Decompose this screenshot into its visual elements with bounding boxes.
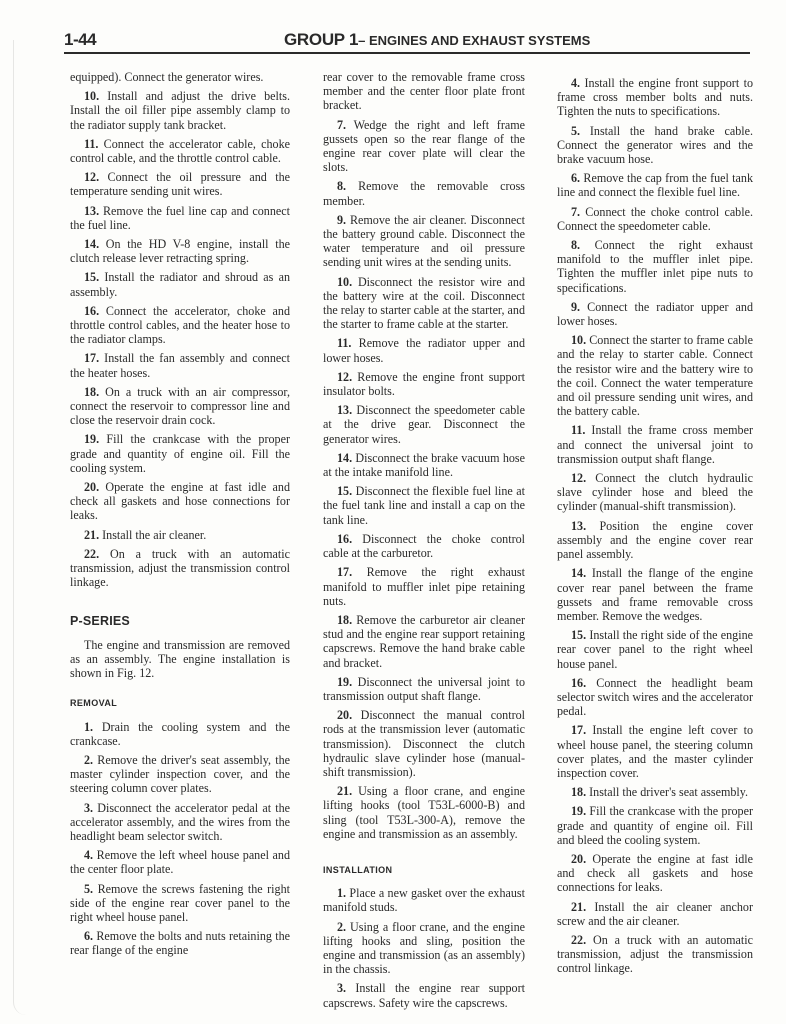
section-heading-p-series: P-SERIES (70, 614, 290, 628)
step-number: 11. (337, 336, 351, 350)
step-number: 1. (84, 720, 93, 734)
step-number: 5. (571, 124, 580, 138)
step-number: 6. (571, 171, 580, 185)
step-number: 8. (571, 238, 580, 252)
step-text: Install the engine left cover to wheel h… (557, 723, 753, 780)
step-number: 19. (84, 432, 99, 446)
step-number: 19. (571, 804, 586, 818)
step-text: Connect the headlight beam selector swit… (557, 676, 753, 718)
step-number: 21. (571, 900, 586, 914)
step-number: 3. (337, 981, 346, 995)
step-text: Remove the bolts and nuts retaining the … (70, 929, 290, 957)
step-text: Install the right side of the engine rea… (557, 628, 753, 670)
step-paragraph: 16. Disconnect the choke control cable a… (323, 532, 525, 560)
step-number: 12. (571, 471, 586, 485)
step-text: Using a floor crane, and the engine lift… (323, 920, 525, 977)
step-paragraph: 8. Remove the removable cross member. (323, 179, 525, 207)
step-number: 1. (337, 886, 346, 900)
step-text: Install the driver's seat assembly. (586, 785, 748, 799)
installation-steps-list: 10. Install and adjust the drive belts. … (70, 89, 290, 589)
step-paragraph: 3. Install the engine rear support capsc… (323, 981, 525, 1009)
group-subtitle: – ENGINES AND EXHAUST SYSTEMS (358, 33, 590, 48)
step-paragraph: 14. On the HD V-8 engine, install the cl… (70, 237, 290, 265)
step-number: 18. (571, 785, 586, 799)
step-text: Connect the choke control cable. Connect… (557, 205, 753, 233)
step-paragraph: 3. Disconnect the accelerator pedal at t… (70, 801, 290, 844)
step-paragraph: 5. Install the hand brake cable. Connect… (557, 124, 753, 167)
step-paragraph: 1. Drain the cooling system and the cran… (70, 720, 290, 748)
step-paragraph: 1. Place a new gasket over the exhaust m… (323, 886, 525, 914)
step-text: Install the air cleaner anchor screw and… (557, 900, 753, 928)
continued-paragraph: equipped). Connect the generator wires. (70, 70, 290, 84)
step-paragraph: 21. Using a floor crane, and engine lift… (323, 784, 525, 841)
step-paragraph: 6. Remove the bolts and nuts retaining t… (70, 929, 290, 957)
column-1: equipped). Connect the generator wires. … (70, 70, 290, 963)
step-paragraph: 13. Disconnect the speedometer cable at … (323, 403, 525, 446)
step-number: 2. (84, 753, 93, 767)
step-text: Install the engine rear support capscrew… (323, 981, 525, 1009)
step-number: 16. (571, 676, 586, 690)
step-paragraph: 11. Install the frame cross member and c… (557, 423, 753, 466)
step-text: Remove the radiator upper and lower hose… (323, 336, 525, 364)
step-number: 14. (84, 237, 99, 251)
step-text: Place a new gasket over the exhaust mani… (323, 886, 525, 914)
step-number: 8. (337, 179, 346, 193)
step-paragraph: 20. Disconnect the manual control rods a… (323, 708, 525, 779)
step-text: Disconnect the choke control cable at th… (323, 532, 525, 560)
step-paragraph: 18. Install the driver's seat assembly. (557, 785, 753, 799)
step-text: On a truck with an air compressor, conne… (70, 385, 290, 427)
step-number: 16. (84, 304, 99, 318)
step-paragraph: 5. Remove the screws fastening the right… (70, 882, 290, 925)
step-text: On the HD V-8 engine, install the clutch… (70, 237, 290, 265)
step-number: 11. (571, 423, 585, 437)
step-text: Remove the carburetor air cleaner stud a… (323, 613, 525, 670)
group-label: GROUP 1 (284, 30, 358, 49)
step-text: Fill the crankcase with the proper grade… (70, 432, 290, 474)
step-paragraph: 15. Install the radiator and shroud as a… (70, 270, 290, 298)
step-number: 22. (571, 933, 586, 947)
step-paragraph: 10. Install and adjust the drive belts. … (70, 89, 290, 132)
step-number: 13. (571, 519, 586, 533)
step-paragraph: 19. Disconnect the universal joint to tr… (323, 675, 525, 703)
step-text: Connect the radiator upper and lower hos… (557, 300, 753, 328)
page-number: 1-44 (64, 30, 96, 50)
step-number: 10. (337, 275, 352, 289)
step-text: Remove the air cleaner. Disconnect the b… (323, 213, 525, 270)
step-text: Connect the right exhaust manifold to th… (557, 238, 753, 295)
step-text: Disconnect the universal joint to transm… (323, 675, 525, 703)
column-3: 4. Install the engine front support to f… (557, 76, 753, 981)
step-number: 15. (84, 270, 99, 284)
step-paragraph: 19. Fill the crankcase with the proper g… (557, 804, 753, 847)
step-paragraph: 16. Connect the accelerator, choke and t… (70, 304, 290, 347)
step-text: Remove the removable cross member. (323, 179, 525, 207)
step-paragraph: 7. Connect the choke control cable. Conn… (557, 205, 753, 233)
step-number: 15. (337, 484, 352, 498)
step-text: Position the engine cover assembly and t… (557, 519, 753, 561)
step-number: 10. (84, 89, 99, 103)
step-paragraph: 4. Install the engine front support to f… (557, 76, 753, 119)
step-paragraph: 20. Operate the engine at fast idle and … (557, 852, 753, 895)
step-number: 15. (571, 628, 586, 642)
step-number: 18. (337, 613, 352, 627)
step-text: Operate the engine at fast idle and chec… (70, 480, 290, 522)
step-number: 10. (571, 333, 586, 347)
installation-steps-list: 1. Place a new gasket over the exhaust m… (323, 886, 525, 1010)
column-2: rear cover to the removable frame cross … (323, 70, 525, 1015)
step-paragraph: 9. Connect the radiator upper and lower … (557, 300, 753, 328)
step-text: Fill the crankcase with the proper grade… (557, 804, 753, 846)
step-text: Connect the accelerator, choke and throt… (70, 304, 290, 346)
step-number: 19. (337, 675, 352, 689)
page-header: 1-44 GROUP 1– ENGINES AND EXHAUST SYSTEM… (64, 26, 750, 54)
step-paragraph: 4. Remove the left wheel house panel and… (70, 848, 290, 876)
step-text: Remove the fuel line cap and connect the… (70, 204, 290, 232)
step-text: Disconnect the brake vacuum hose at the … (323, 451, 525, 479)
step-text: Install the frame cross member and conne… (557, 423, 753, 465)
step-paragraph: 15. Disconnect the flexible fuel line at… (323, 484, 525, 527)
step-paragraph: 17. Remove the right exhaust manifold to… (323, 565, 525, 608)
step-number: 2. (337, 920, 346, 934)
step-paragraph: 12. Remove the engine front support insu… (323, 370, 525, 398)
step-text: Operate the engine at fast idle and chec… (557, 852, 753, 894)
step-text: Using a floor crane, and engine lifting … (323, 784, 525, 841)
step-number: 17. (571, 723, 586, 737)
step-paragraph: 9. Remove the air cleaner. Disconnect th… (323, 213, 525, 270)
continued-paragraph: rear cover to the removable frame cross … (323, 70, 525, 113)
step-paragraph: 14. Install the flange of the engine cov… (557, 566, 753, 623)
step-number: 17. (337, 565, 352, 579)
step-number: 17. (84, 351, 99, 365)
step-number: 20. (337, 708, 352, 722)
removal-steps-list: 1. Drain the cooling system and the cran… (70, 720, 290, 958)
step-paragraph: 19. Fill the crankcase with the proper g… (70, 432, 290, 475)
step-text: On a truck with an automatic transmissio… (557, 933, 753, 975)
step-text: On a truck with an automatic transmissio… (70, 547, 290, 589)
step-paragraph: 16. Connect the headlight beam selector … (557, 676, 753, 719)
step-paragraph: 10. Disconnect the resistor wire and the… (323, 275, 525, 332)
step-number: 11. (84, 137, 98, 151)
step-number: 20. (571, 852, 586, 866)
step-text: Connect the starter to frame cable and t… (557, 333, 753, 418)
step-text: Connect the clutch hydraulic slave cylin… (557, 471, 753, 513)
step-paragraph: 22. On a truck with an automatic transmi… (70, 547, 290, 590)
step-paragraph: 13. Position the engine cover assembly a… (557, 519, 753, 562)
step-text: Install the radiator and shroud as an as… (70, 270, 290, 298)
step-text: Disconnect the flexible fuel line at the… (323, 484, 525, 526)
step-text: Wedge the right and left frame gussets o… (323, 118, 525, 175)
step-text: Install the air cleaner. (99, 528, 206, 542)
step-paragraph: 21. Install the air cleaner anchor screw… (557, 900, 753, 928)
step-paragraph: 21. Install the air cleaner. (70, 528, 290, 542)
step-paragraph: 6. Remove the cap from the fuel tank lin… (557, 171, 753, 199)
step-text: Disconnect the speedometer cable at the … (323, 403, 525, 445)
step-paragraph: 14. Disconnect the brake vacuum hose at … (323, 451, 525, 479)
step-number: 9. (337, 213, 346, 227)
step-text: Install the fan assembly and connect the… (70, 351, 290, 379)
step-number: 20. (84, 480, 99, 494)
step-text: Remove the driver's seat assembly, the m… (70, 753, 290, 795)
subheading-removal: REMOVAL (70, 696, 290, 710)
step-paragraph: 17. Install the engine left cover to whe… (557, 723, 753, 780)
step-paragraph: 2. Using a floor crane, and the engine l… (323, 920, 525, 977)
step-number: 13. (84, 204, 99, 218)
removal-steps-list: 7. Wedge the right and left frame gusset… (323, 118, 525, 841)
running-title: GROUP 1– ENGINES AND EXHAUST SYSTEMS (284, 30, 590, 50)
step-text: Drain the cooling system and the crankca… (70, 720, 290, 748)
step-text: Remove the left wheel house panel and th… (70, 848, 290, 876)
section-intro: The engine and transmission are removed … (70, 638, 290, 681)
step-text: Install the engine front support to fram… (557, 76, 753, 118)
step-number: 16. (337, 532, 352, 546)
step-number: 22. (84, 547, 99, 561)
step-number: 4. (84, 848, 93, 862)
step-number: 3. (84, 801, 93, 815)
installation-steps-list: 4. Install the engine front support to f… (557, 76, 753, 976)
step-number: 21. (337, 784, 352, 798)
step-paragraph: 7. Wedge the right and left frame gusset… (323, 118, 525, 175)
step-paragraph: 18. On a truck with an air compressor, c… (70, 385, 290, 428)
step-text: Disconnect the accelerator pedal at the … (70, 801, 290, 843)
step-number: 4. (571, 76, 580, 90)
step-paragraph: 20. Operate the engine at fast idle and … (70, 480, 290, 523)
step-text: Connect the accelerator cable, choke con… (70, 137, 290, 165)
step-paragraph: 12. Connect the oil pressure and the tem… (70, 170, 290, 198)
page-edge (13, 40, 26, 1015)
step-text: Remove the screws fastening the right si… (70, 882, 290, 924)
step-paragraph: 13. Remove the fuel line cap and connect… (70, 204, 290, 232)
step-paragraph: 18. Remove the carburetor air cleaner st… (323, 613, 525, 670)
step-paragraph: 8. Connect the right exhaust manifold to… (557, 238, 753, 295)
step-paragraph: 10. Connect the starter to frame cable a… (557, 333, 753, 418)
step-text: Connect the oil pressure and the tempera… (70, 170, 290, 198)
step-number: 9. (571, 300, 580, 314)
step-text: Install and adjust the drive belts. Inst… (70, 89, 290, 131)
step-number: 7. (337, 118, 346, 132)
step-text: Disconnect the resistor wire and the bat… (323, 275, 525, 332)
step-text: Install the hand brake cable. Connect th… (557, 124, 753, 166)
step-number: 13. (337, 403, 352, 417)
step-text: Remove the cap from the fuel tank line a… (557, 171, 753, 199)
step-text: Remove the engine front support insulato… (323, 370, 525, 398)
step-number: 6. (84, 929, 93, 943)
step-number: 12. (337, 370, 352, 384)
step-number: 12. (84, 170, 99, 184)
step-number: 18. (84, 385, 99, 399)
step-paragraph: 22. On a truck with an automatic transmi… (557, 933, 753, 976)
step-paragraph: 11. Remove the radiator upper and lower … (323, 336, 525, 364)
step-text: Install the flange of the engine cover r… (557, 566, 753, 623)
step-number: 14. (337, 451, 352, 465)
step-text: Disconnect the manual control rods at th… (323, 708, 525, 779)
step-paragraph: 17. Install the fan assembly and connect… (70, 351, 290, 379)
step-number: 14. (571, 566, 586, 580)
step-number: 5. (84, 882, 93, 896)
step-text: Remove the right exhaust manifold to muf… (323, 565, 525, 607)
subheading-installation: INSTALLATION (323, 863, 525, 877)
step-number: 7. (571, 205, 580, 219)
step-number: 21. (84, 528, 99, 542)
step-paragraph: 2. Remove the driver's seat assembly, th… (70, 753, 290, 796)
step-paragraph: 11. Connect the accelerator cable, choke… (70, 137, 290, 165)
step-paragraph: 15. Install the right side of the engine… (557, 628, 753, 671)
step-paragraph: 12. Connect the clutch hydraulic slave c… (557, 471, 753, 514)
